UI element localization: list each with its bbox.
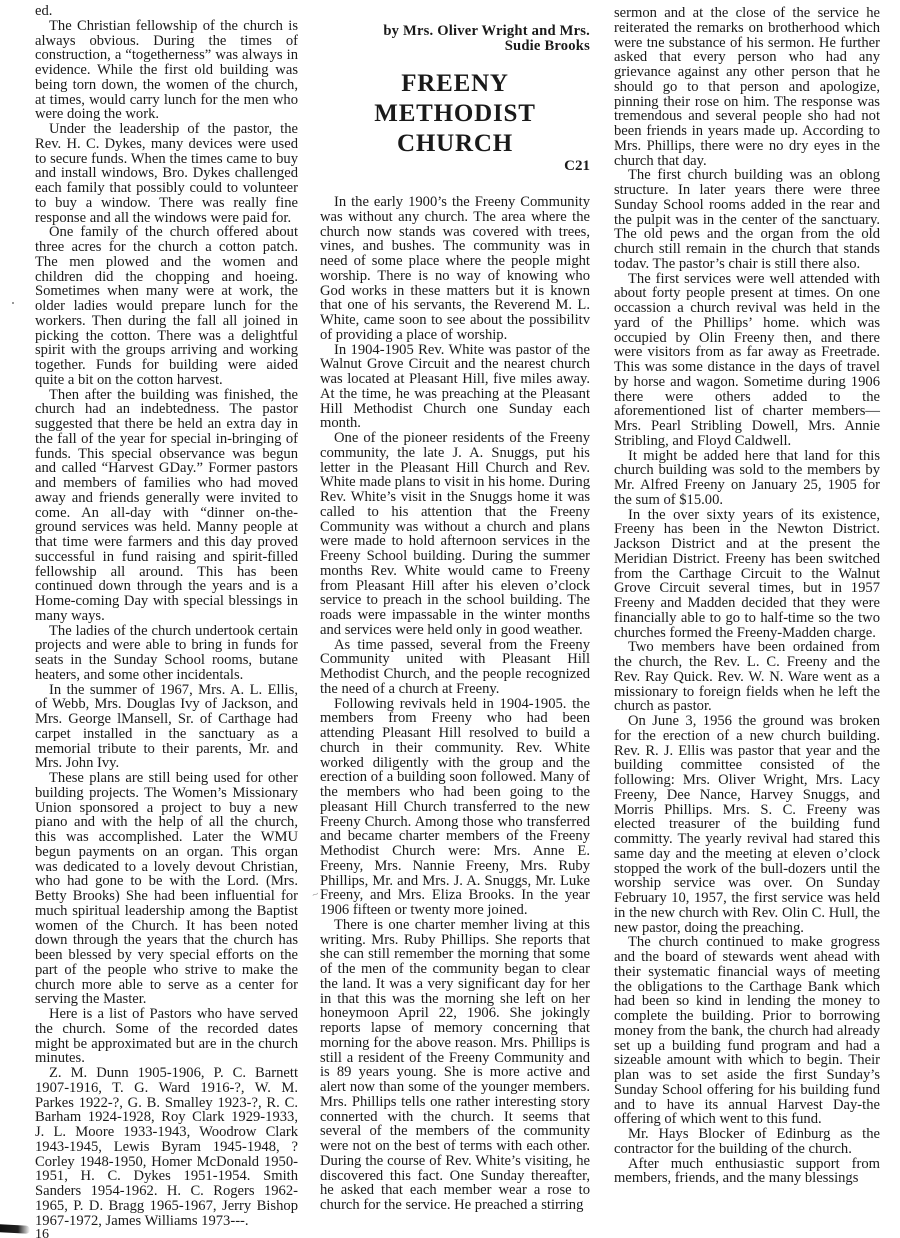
paragraph: There is one charter memher living at th… <box>320 918 590 1213</box>
title-line-1: FREENY METHODIST <box>320 69 590 129</box>
paragraph: ed. <box>35 4 298 19</box>
byline-line-1: by Mrs. Oliver Wright and Mrs. <box>320 24 590 39</box>
paragraph: In the early 1900’s the Freeny Community… <box>320 195 590 343</box>
paragraph: Under the leadership of the pastor, the … <box>35 122 298 225</box>
paragraph: Two members have been ordained from the … <box>614 640 880 714</box>
paragraph: Then after the building was finished, th… <box>35 388 298 624</box>
middle-column: by Mrs. Oliver Wright and Mrs. Sudie Bro… <box>320 4 590 1213</box>
paragraph: Here is a list of Pastors who have serve… <box>35 1007 298 1066</box>
title-line-2: CHURCH <box>320 129 590 159</box>
paragraph: One family of the church offered about t… <box>35 225 298 387</box>
paragraph: The church continued to make grogress an… <box>614 935 880 1127</box>
paragraph: On June 3, 1956 the ground was broken fo… <box>614 714 880 935</box>
paragraph: One of the pioneer residents of the Free… <box>320 431 590 638</box>
scan-speck <box>12 302 14 304</box>
left-column: ed. The Christian fellowship of the chur… <box>35 4 298 1238</box>
paragraph: In the summer of 1967, Mrs. A. L. Ellis,… <box>35 683 298 772</box>
paragraph: The first services were well attended wi… <box>614 272 880 449</box>
byline: by Mrs. Oliver Wright and Mrs. Sudie Bro… <box>320 24 590 54</box>
pastor-list: Z. M. Dunn 1905-1906, P. C. Barnett 1907… <box>35 1066 298 1228</box>
right-column: sermon and at the close of the service h… <box>614 6 880 1186</box>
paragraph: sermon and at the close of the service h… <box>614 6 880 168</box>
paragraph: In 1904-1905 Rev. White was pastor of th… <box>320 343 590 432</box>
scan-edge-mark <box>0 1224 30 1234</box>
paragraph: In the over sixty years of its existence… <box>614 508 880 641</box>
middle-body: In the early 1900’s the Freeny Community… <box>320 195 590 1213</box>
byline-line-2: Sudie Brooks <box>320 39 590 54</box>
paragraph: After much enthusiastic support from mem… <box>614 1157 880 1187</box>
article-title: FREENY METHODIST CHURCH <box>320 69 590 159</box>
paragraph: Mr. Hays Blocker of Edinburg as the cont… <box>614 1127 880 1157</box>
paragraph: Following revivals held in 1904-1905. th… <box>320 697 590 918</box>
paragraph: The Christian fellowship of the church i… <box>35 19 298 122</box>
paragraph: As time passed, several from the Freeny … <box>320 638 590 697</box>
paragraph: It might be added here that land for thi… <box>614 449 880 508</box>
page-number: 16 <box>35 1228 298 1238</box>
paragraph: These plans are still being used for oth… <box>35 771 298 1007</box>
scanned-page: ed. The Christian fellowship of the chur… <box>0 0 900 1238</box>
article-code: C21 <box>320 159 590 174</box>
paragraph: The first church building was an oblong … <box>614 168 880 271</box>
paragraph: The ladies of the church undertook certa… <box>35 624 298 683</box>
